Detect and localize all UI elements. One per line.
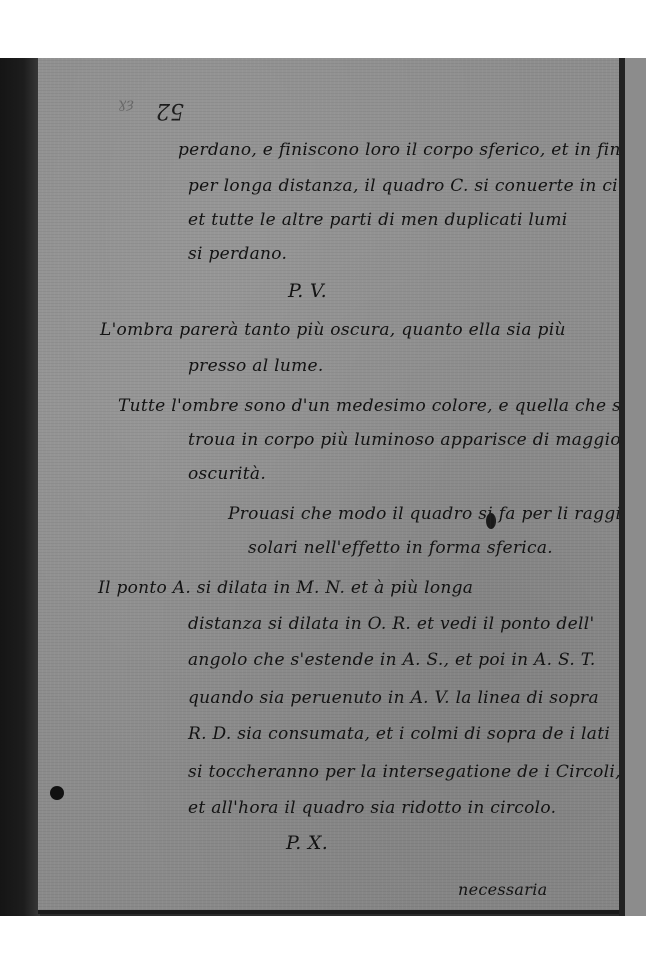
text-line: oscurità.: [188, 464, 266, 484]
text-line: Il ponto A. si dilata in M. N. et à più …: [98, 578, 473, 598]
text-line: Prouasi che modo il quadro si fa per li …: [228, 504, 627, 524]
text-line: Tutte l'ombre sono d'un medesimo colore,…: [118, 396, 627, 416]
text-line: troua in corpo più luminoso apparisce di…: [188, 430, 629, 450]
section-heading: P. X.: [286, 832, 328, 854]
binding-shadow: [0, 58, 40, 916]
text-line: presso al lume.: [188, 356, 324, 376]
text-line: et tutte le altre parti di men duplicati…: [188, 210, 568, 230]
manuscript-page: ɣȝ 52 perdano, e finiscono loro il corpo…: [38, 58, 620, 914]
text-line: solari nell'effetto in forma sferica.: [248, 538, 553, 558]
faint-marginal-mark: ɣȝ: [118, 96, 134, 112]
catchword: necessaria: [458, 880, 547, 899]
adjacent-page-strip: [625, 58, 646, 916]
text-line: R. D. sia consumata, et i colmi di sopra…: [188, 724, 610, 744]
ink-blot: [486, 513, 496, 529]
manuscript-scan: ɣȝ 52 perdano, e finiscono loro il corpo…: [0, 58, 646, 916]
text-line: L'ombra parerà tanto più oscura, quanto …: [100, 320, 566, 340]
section-heading: P. V.: [288, 280, 327, 302]
text-line: distanza si dilata in O. R. et vedi il p…: [188, 614, 594, 634]
text-line: per longa distanza, il quadro C. si conu…: [188, 176, 646, 196]
text-line: perdano, e finiscono loro il corpo sferi…: [178, 140, 631, 160]
text-line: et all'hora il quadro sia ridotto in cir…: [188, 798, 556, 818]
text-line: angolo che s'estende in A. S., et poi in…: [188, 650, 596, 670]
text-line: si perdano.: [188, 244, 287, 264]
text-line: quando sia peruenuto in A. V. la linea d…: [188, 688, 599, 708]
ink-dot: [50, 786, 64, 800]
folio-number: 52: [156, 98, 184, 123]
text-line: si toccheranno per la intersegatione de …: [188, 762, 621, 782]
